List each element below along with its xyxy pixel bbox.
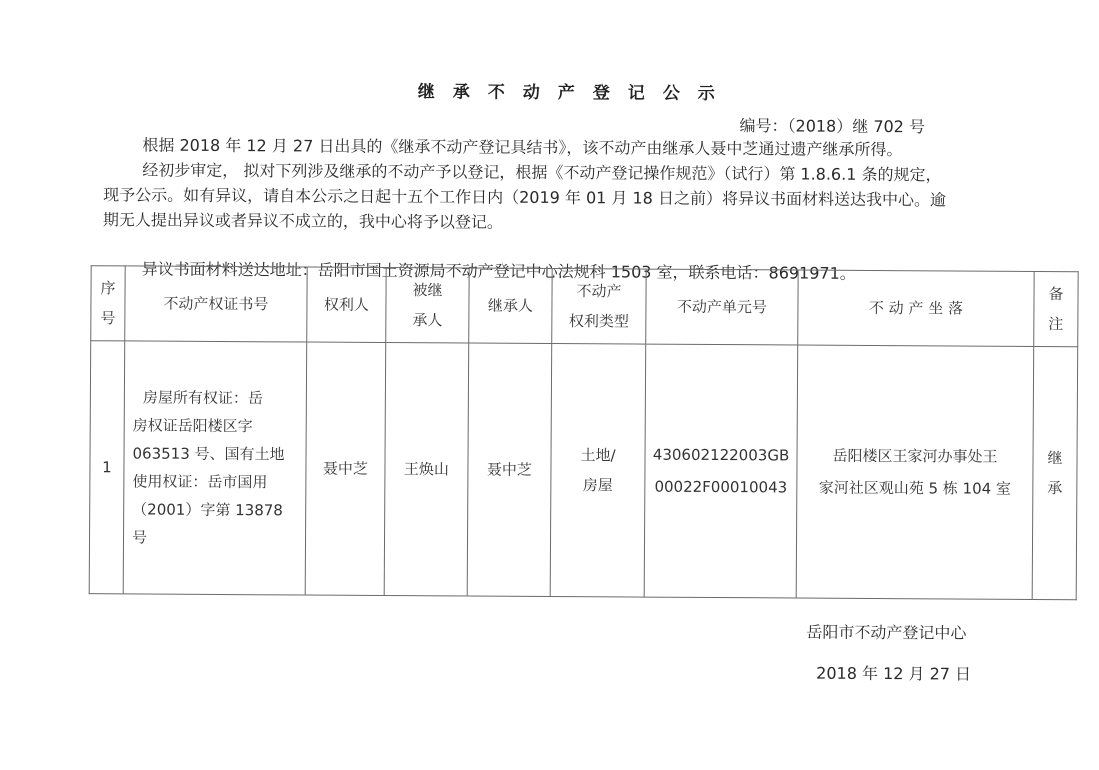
header-decedent: 被继 承人 [386, 267, 469, 343]
unit-no-line-2: 00022F00010043 [649, 471, 792, 504]
cell-cert-no: 房屋所有权证：岳 房权证岳阳楼区字 063513 号、国有土地 使用权证：岳市国… [123, 341, 307, 595]
header-remark-line-2: 注 [1038, 309, 1073, 339]
header-seq-line-2: 号 [95, 303, 120, 333]
right-type-line-1: 土地/ [555, 440, 640, 471]
header-right-type-line-1: 不动产 [556, 276, 641, 307]
right-type-line-2: 房屋 [555, 470, 640, 501]
cert-line: 房屋所有权证：岳 [143, 384, 298, 413]
location-line-1: 岳阳楼区王家河办事处王 [801, 440, 1028, 473]
header-decedent-line-2: 承人 [390, 305, 464, 335]
cell-decedent: 王焕山 [384, 342, 469, 596]
location-line-2: 家河社区观山苑 5 栋 104 室 [801, 472, 1028, 505]
unit-no-line-1: 430602122003GB [649, 439, 792, 472]
registration-table: 序 号 不动产权证书号 权利人 被继 承人 继承人 不动产 权利类型 不动产单元… [89, 265, 1079, 600]
header-heir: 继承人 [469, 268, 552, 344]
table-header-row: 序 号 不动产权证书号 权利人 被继 承人 继承人 不动产 权利类型 不动产单元… [91, 266, 1078, 347]
cell-heir: 聂中芝 [467, 343, 552, 597]
header-cert-no: 不动产权证书号 [125, 266, 307, 342]
cell-right-type: 土地/ 房屋 [550, 344, 646, 598]
remark-line-2: 承 [1037, 473, 1072, 503]
header-remark-line-1: 备 [1038, 279, 1073, 309]
issue-date: 2018 年 12 月 27 日 [816, 661, 971, 685]
header-decedent-line-1: 被继 [390, 275, 464, 305]
header-location: 不 动 产 坐 落 [798, 270, 1034, 346]
cert-line: 063513 号、国有土地 [132, 439, 297, 468]
remark-line-1: 继 [1037, 443, 1072, 473]
cell-remark: 继 承 [1032, 346, 1078, 599]
notice-page: 继承不动产登记公示 编号：（2018）继 702 号 根据 2018 年 12 … [0, 0, 1099, 770]
header-remark: 备 注 [1034, 271, 1078, 346]
issuer-signature: 岳阳市不动产登记中心 [806, 620, 966, 644]
cert-line: 号 [132, 523, 297, 552]
cert-line: 房权证岳阳楼区字 [133, 411, 298, 440]
page-title: 继承不动产登记公示 [418, 77, 733, 104]
cell-location: 岳阳楼区王家河办事处王 家河社区观山苑 5 栋 104 室 [796, 345, 1034, 599]
paragraph-review-line-3: 期无人提出异议或者异议不成立的，我中心将予以登记。 [103, 207, 503, 234]
header-right-type-line-2: 权利类型 [556, 306, 641, 337]
cell-seq: 1 [89, 341, 125, 594]
cell-right-holder: 聂中芝 [305, 342, 386, 595]
header-unit-no: 不动产单元号 [646, 269, 798, 345]
cert-line: 使用权证：岳市国用 [132, 467, 297, 496]
header-right-type: 不动产 权利类型 [552, 269, 646, 345]
table-row: 1 房屋所有权证：岳 房权证岳阳楼区字 063513 号、国有土地 使用权证：岳… [89, 341, 1078, 600]
header-seq: 序 号 [91, 266, 125, 341]
header-seq-line-1: 序 [95, 273, 120, 303]
cert-line: （2001）字第 13878 [132, 495, 297, 524]
cell-unit-no: 430602122003GB 00022F00010043 [644, 344, 798, 598]
header-right-holder: 权利人 [307, 267, 386, 342]
document-number: 编号：（2018）继 702 号 [739, 113, 925, 137]
